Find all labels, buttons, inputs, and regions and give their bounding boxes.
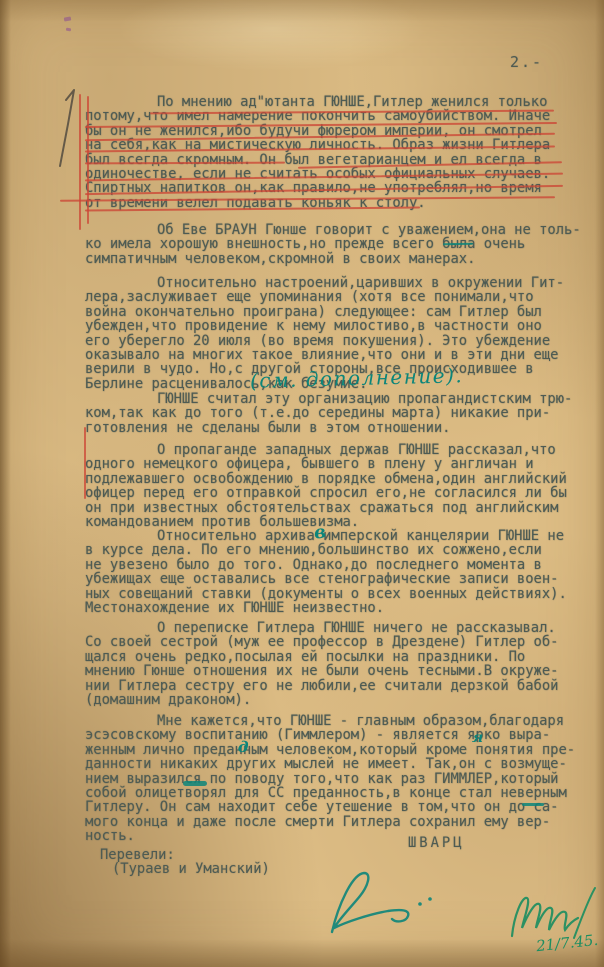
paragraph-4: ГЮНШЕ считал эту организацию пропагандис…	[85, 392, 572, 435]
inserted-letter: в	[313, 521, 327, 543]
red-margin-line	[84, 427, 86, 499]
teal-strikethrough	[522, 803, 544, 806]
translators-names: (Тураев и Уманский)	[112, 861, 270, 877]
handwritten-flourish-signature	[318, 866, 448, 941]
correction-letter: я	[472, 730, 483, 746]
paragraph-8: Мне кажется,что ГЮНШЕ - главным образом,…	[85, 714, 575, 844]
teal-blot	[183, 781, 207, 786]
typed-signature: ШВАРЦ	[408, 835, 465, 851]
purple-mark	[64, 16, 72, 21]
document-page: 2.- По мнению ад"ютанта ГЮНШЕ,Гитлер жен…	[0, 0, 604, 967]
correction-letter: д	[237, 738, 249, 757]
paragraph-2: Об Еве БРАУН Гюнше говорит с уважением,о…	[85, 223, 581, 266]
purple-mark	[66, 28, 71, 32]
page-number: 2.-	[510, 53, 543, 71]
paragraph-7: О переписке Гитлера ГЮНШЕ ничего не расс…	[85, 621, 558, 707]
pencil-checkmark-icon	[52, 84, 92, 174]
paragraph-5: О пропаганде западных держав ГЮНШЕ расск…	[85, 443, 567, 529]
